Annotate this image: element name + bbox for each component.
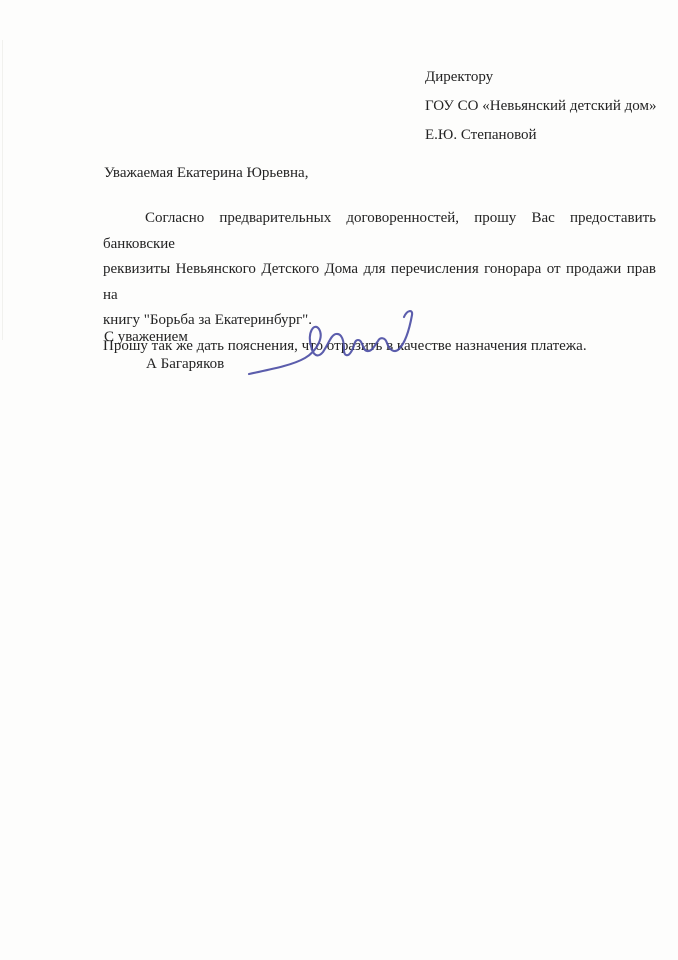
recipient-block: Директору ГОУ СО «Невьянский детский дом… <box>425 63 656 150</box>
recipient-organization: ГОУ СО «Невьянский детский дом» <box>425 92 656 121</box>
signatory-name: А Багаряков <box>146 356 224 373</box>
body-paragraph1-line1: Согласно предварительных договоренностей… <box>103 206 656 257</box>
recipient-name: Е.Ю. Степановой <box>425 121 656 150</box>
letter-page: Директору ГОУ СО «Невьянский детский дом… <box>0 0 678 960</box>
handwritten-signature-icon <box>243 306 421 384</box>
scan-edge-artifact <box>2 40 3 340</box>
signature-stroke <box>249 311 412 374</box>
recipient-title: Директору <box>425 63 656 92</box>
body-paragraph1-line2: реквизиты Невьянского Детского Дома для … <box>103 257 656 308</box>
salutation-line: Уважаемая Екатерина Юрьевна, <box>104 162 308 184</box>
closing-regards: С уважением <box>104 329 188 346</box>
